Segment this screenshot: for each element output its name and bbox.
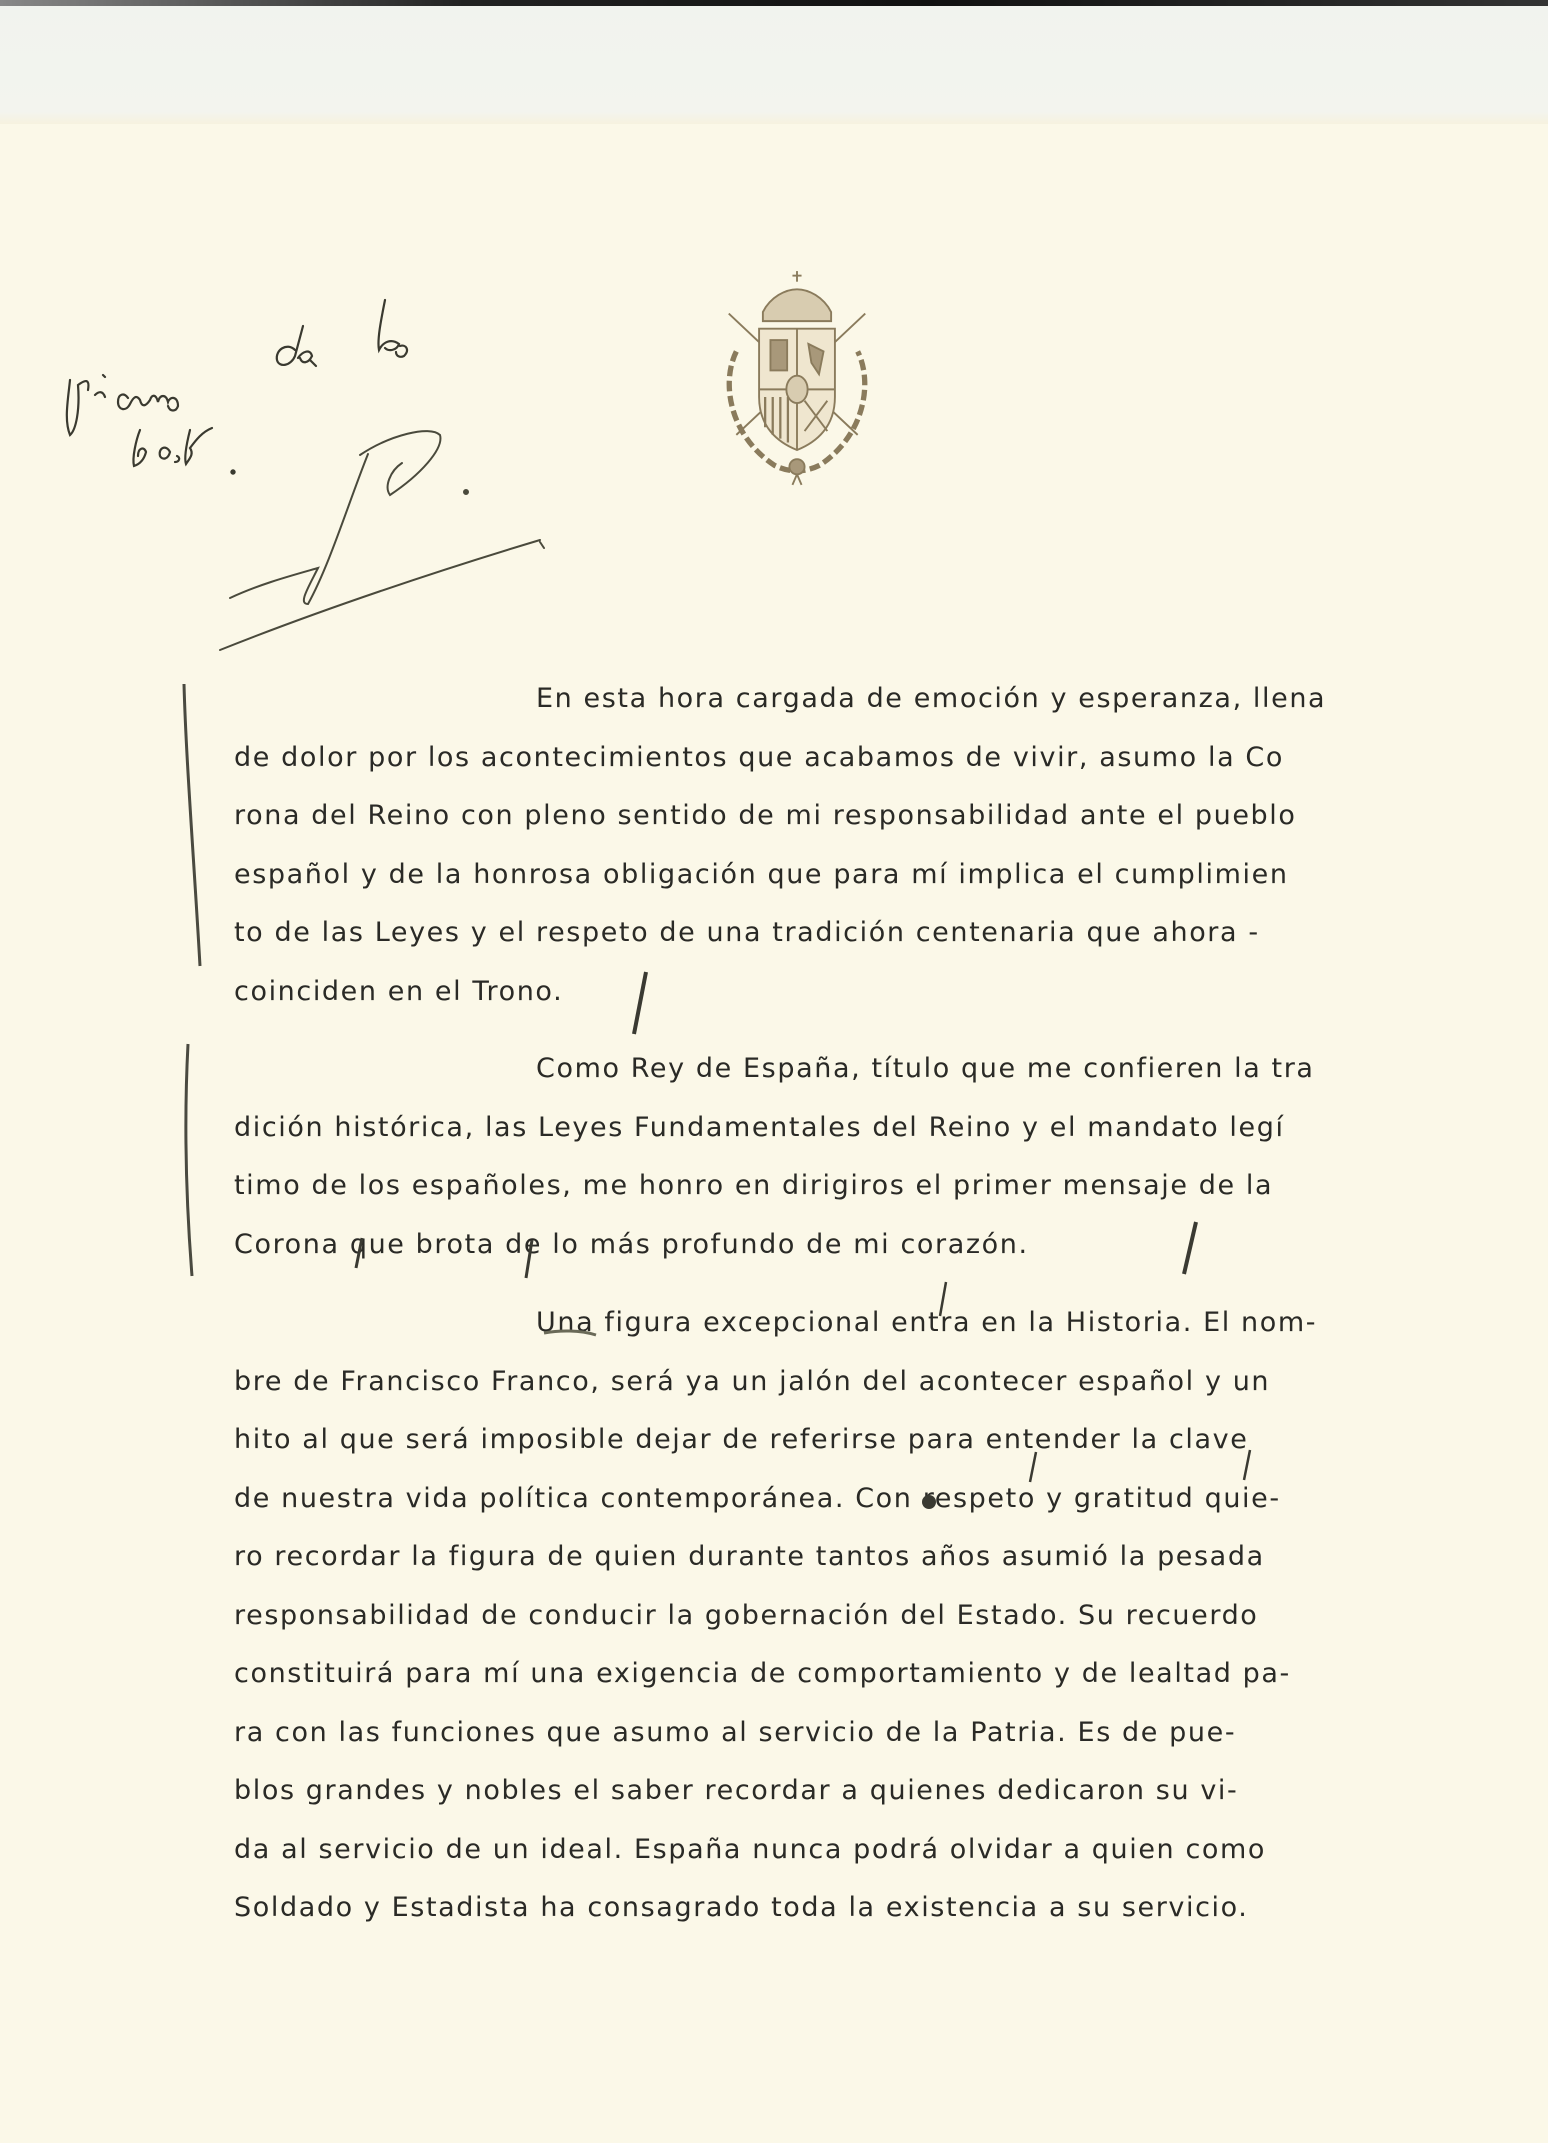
text-line: Corona que brota de lo más profundo de m…	[234, 1216, 1494, 1275]
margin-pencil-line-1	[180, 680, 210, 970]
pencil-comma-mark	[352, 1236, 366, 1272]
scanner-edge	[0, 0, 1548, 6]
text-line: coinciden en el Trono.	[234, 963, 1494, 1022]
pencil-comma-mark	[1240, 1448, 1254, 1484]
text-line: dición histórica, las Leyes Fundamentale…	[234, 1099, 1494, 1158]
pencil-underline-mark	[540, 1327, 600, 1339]
scanner-background	[0, 0, 1548, 124]
text-line: Como Rey de España, título que me confie…	[234, 1040, 1494, 1099]
signature-icon	[220, 431, 544, 650]
text-line: blos grandes y nobles el saber recordar …	[234, 1762, 1494, 1821]
margin-pencil-line-2	[180, 1040, 210, 1280]
text-line: da al servicio de un ideal. España nunca…	[234, 1821, 1494, 1880]
handwriting-discurso-icon	[67, 375, 178, 435]
text-line: hito al que será imposible dejar de refe…	[234, 1411, 1494, 1470]
pencil-comma-mark	[522, 1238, 536, 1282]
text-line: responsabilidad de conducir la gobernaci…	[234, 1587, 1494, 1646]
text-line: En esta hora cargada de emoción y espera…	[234, 670, 1494, 729]
text-line: español y de la honrosa obligación que p…	[234, 846, 1494, 905]
text-line: to de las Leyes y el respeto de una trad…	[234, 904, 1494, 963]
handwriting-corte-icon	[133, 428, 234, 474]
text-line: constituirá para mí una exigencia de com…	[234, 1645, 1494, 1704]
paragraph-3: Una figura excepcional entra en la Histo…	[234, 1294, 1494, 1938]
text-line: ra con las funciones que asumo al servic…	[234, 1704, 1494, 1763]
paragraph-2: Como Rey de España, título que me confie…	[234, 1040, 1494, 1274]
pencil-comma-mark	[936, 1280, 950, 1320]
text-line: bre de Francisco Franco, será ya un jaló…	[234, 1353, 1494, 1412]
text-line: Soldado y Estadista ha consagrado toda l…	[234, 1879, 1494, 1938]
pencil-comma-mark	[1026, 1450, 1040, 1486]
paragraph-1: En esta hora cargada de emoción y espera…	[234, 670, 1494, 1021]
royal-coat-of-arms-icon	[706, 244, 888, 512]
text-line: de nuestra vida política contemporánea. …	[234, 1470, 1494, 1529]
text-line: Una figura excepcional entra en la Histo…	[234, 1294, 1494, 1353]
text-line: timo de los españoles, me honro en dirig…	[234, 1157, 1494, 1216]
text-line: ro recordar la figura de quien durante t…	[234, 1528, 1494, 1587]
pencil-slash-mark	[1178, 1218, 1202, 1278]
handwritten-note	[40, 280, 600, 660]
pencil-period-mark	[918, 1486, 940, 1514]
handwriting-de-la-icon	[277, 300, 407, 366]
text-line: rona del Reino con pleno sentido de mi r…	[234, 787, 1494, 846]
text-line: de dolor por los acontecimientos que aca…	[234, 729, 1494, 788]
pencil-slash-mark	[628, 968, 652, 1038]
